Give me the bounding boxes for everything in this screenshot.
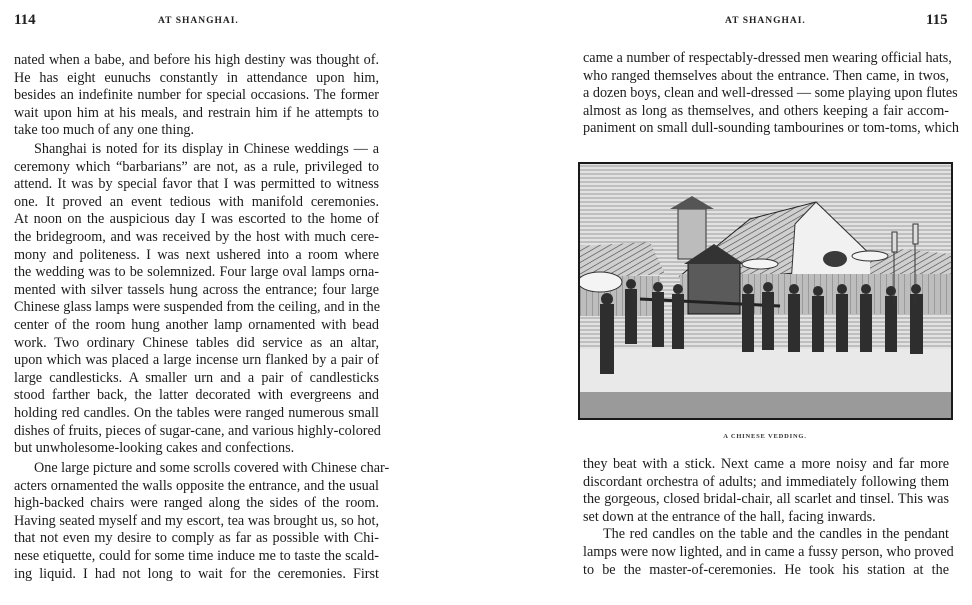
text-line: nese etiquette, could for some time indu… (14, 548, 379, 566)
text-line: set down at the entrance of the hall, fa… (583, 509, 949, 527)
text-line: paniment on small dull-sounding tambouri… (583, 120, 949, 138)
text-line: besides an indefinite number for special… (14, 87, 379, 105)
text-line: mented with silver tassels hung across t… (14, 282, 379, 300)
text-line: upon which was placed a large incense ur… (14, 352, 379, 370)
text-line: center of the room hung another lamp orn… (14, 317, 379, 335)
text-line: acters ornamented the walls opposite the… (14, 478, 379, 496)
paragraph-weddings: Shanghai is noted for its display in Chi… (14, 141, 379, 458)
text-line: the bridegroom, and was received by the … (14, 229, 379, 247)
text-line: take too much of any one thing. (14, 122, 379, 140)
text-line: almost as long as themselves, and others… (583, 103, 949, 121)
text-line: wait upon him at his meals, and restrain… (14, 105, 379, 123)
left-page: 114 AT SHANGHAI. nated when a babe, and … (0, 0, 400, 605)
figure-caption: A CHINESE VEDDING. (570, 433, 960, 440)
text-line: one. It proved an event tedious with man… (14, 194, 379, 212)
text-line: attend. It was by special favor that I w… (14, 176, 379, 194)
text-line: The red candles on the table and the can… (583, 526, 949, 544)
text-line: but unwholesome-looking cakes and confec… (14, 440, 379, 458)
text-line: they beat with a stick. Next came a more… (583, 456, 949, 474)
text-line: ceremony which “barbarians” are not, as … (14, 159, 379, 177)
wedding-engraving-icon (580, 164, 951, 418)
paragraph-scrolls: One large picture and some scrolls cover… (14, 460, 379, 583)
text-line: At noon on the auspicious day I was esco… (14, 211, 379, 229)
running-head: AT SHANGHAI. (725, 16, 806, 26)
text-line: discordant orchestra of adults; and imme… (583, 474, 949, 492)
running-head: AT SHANGHAI. (158, 16, 239, 26)
text-line: large candlesticks. A smaller urn and a … (14, 370, 379, 388)
paragraph-continuation: nated when a babe, and before his high d… (14, 52, 379, 140)
text-line: who ranged themselves about the entrance… (583, 68, 949, 86)
paragraph-orchestra: they beat with a stick. Next came a more… (583, 456, 949, 579)
page-number: 114 (14, 12, 36, 29)
text-line: that not even my desire to comply as far… (14, 530, 379, 548)
text-line: lamps were now lighted, and in came a fu… (583, 544, 949, 562)
text-line: the wedding was to be solemnized. Four l… (14, 264, 379, 282)
text-line: ing liquid. I had not long to wait for t… (14, 566, 379, 584)
text-line: mony and politeness. I was next ushered … (14, 247, 379, 265)
text-line: stood farther back, the latter decorated… (14, 387, 379, 405)
text-line: He has eight eunuchs constantly in atten… (14, 70, 379, 88)
text-line: came a number of respectably-dressed men… (583, 50, 949, 68)
wedding-illustration (578, 162, 953, 420)
text-line: to be the master-of-ceremonies. He took … (583, 562, 949, 580)
text-line: the gorgeous, closed bridal-chair, all s… (583, 491, 949, 509)
text-line: nated when a babe, and before his high d… (14, 52, 379, 70)
text-line: One large picture and some scrolls cover… (14, 460, 379, 478)
text-line: high-backed chairs were ranged along the… (14, 495, 379, 513)
text-line: Shanghai is noted for its display in Chi… (14, 141, 379, 159)
right-page: AT SHANGHAI. 115 came a number of respec… (570, 0, 972, 605)
paragraph-continuation: came a number of respectably-dressed men… (583, 50, 949, 138)
text-line: holding red candles. On the tables were … (14, 405, 379, 423)
text-line: dishes of fruits, pieces of sugar-cane, … (14, 423, 379, 441)
text-line: work. Two ordinary Chinese tables did se… (14, 335, 379, 353)
text-line: a dozen boys, clean and well-dressed — s… (583, 85, 949, 103)
text-line: Having seated myself and my escort, tea … (14, 513, 379, 531)
page-number: 115 (926, 12, 948, 29)
text-line: Chinese glass lamps were suspended from … (14, 299, 379, 317)
